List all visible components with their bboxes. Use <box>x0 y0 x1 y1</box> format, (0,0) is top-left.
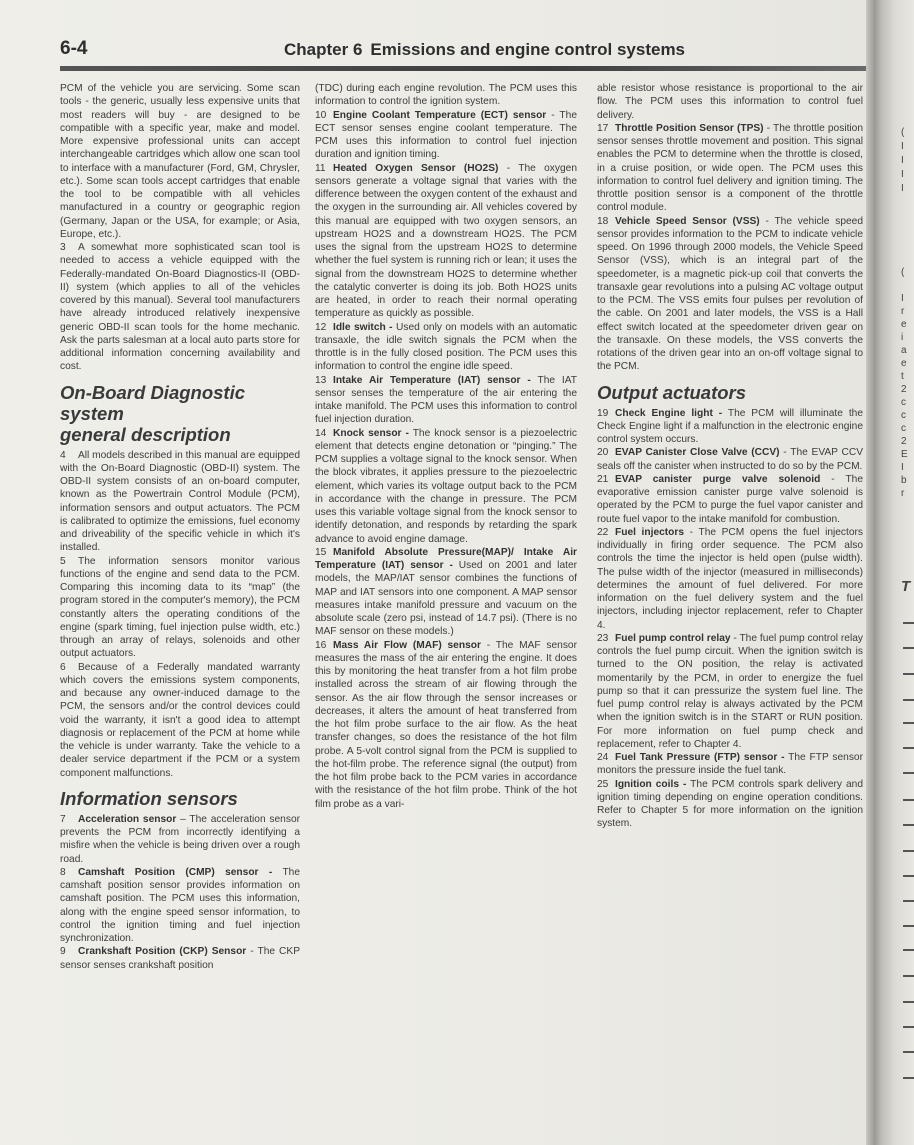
paragraph-16: 16Mass Air Flow (MAF) sensor - The MAF s… <box>315 639 577 811</box>
manual-page: 6-4 Chapter 6Emissions and engine contro… <box>0 0 872 1145</box>
facing-table-rule <box>903 622 914 624</box>
paragraph-14: 14Knock sensor - The knock sensor is a p… <box>315 427 577 546</box>
term-title: Ignition coils - <box>615 779 686 790</box>
paragraph-10: 10Engine Coolant Temperature (ECT) senso… <box>315 109 577 162</box>
facing-table-rule <box>903 1026 914 1028</box>
paragraph-number: 20 <box>597 446 615 459</box>
paragraph-number: 17 <box>597 122 615 135</box>
facing-text-fragment: 2 <box>901 435 907 448</box>
paragraph-number: 14 <box>315 427 333 440</box>
paragraph-number: 25 <box>597 778 615 791</box>
chapter-name: Emissions and engine control systems <box>370 40 685 59</box>
paragraph-number: 6 <box>60 661 78 674</box>
paragraph-number: 7 <box>60 813 78 826</box>
paragraph-3: 3A somewhat more sophisticated scan tool… <box>60 241 300 374</box>
paragraph-number: 11 <box>315 162 333 175</box>
paragraph-23: 23Fuel pump control relay - The fuel pum… <box>597 632 863 751</box>
facing-table-rule <box>903 1051 914 1053</box>
paragraph-number: 8 <box>60 866 78 879</box>
facing-table-rule <box>903 647 914 649</box>
facing-text-fragment: ( <box>901 126 904 139</box>
text-column-1: PCM of the vehicle you are servicing. So… <box>60 82 300 972</box>
paragraph-number: 3 <box>60 241 78 254</box>
section-heading-information-sensors: Information sensors <box>60 788 300 809</box>
facing-text-fragment: e <box>901 318 907 331</box>
facing-table-rule <box>903 772 914 774</box>
paragraph-20: 20EVAP Canister Close Valve (CCV) - The … <box>597 446 863 473</box>
facing-table-rule <box>903 850 914 852</box>
paragraph-number: 19 <box>597 407 615 420</box>
paragraph-21: 21EVAP canister purge valve solenoid - T… <box>597 473 863 526</box>
term-title: Mass Air Flow (MAF) sensor <box>333 640 481 651</box>
paragraph-19: 19Check Engine light - The PCM will illu… <box>597 407 863 447</box>
paragraph-24: 24Fuel Tank Pressure (FTP) sensor - The … <box>597 751 863 778</box>
section-heading-obd: On-Board Diagnostic systemgeneral descri… <box>60 382 300 445</box>
facing-text-fragment: i <box>901 331 903 344</box>
facing-text-fragment: r <box>901 305 904 318</box>
paragraph-number: 24 <box>597 751 615 764</box>
term-title: Engine Coolant Temperature (ECT) sensor <box>333 110 546 121</box>
facing-table-rule <box>903 1077 914 1079</box>
facing-table-rule <box>903 799 914 801</box>
paragraph-number: 23 <box>597 632 615 645</box>
paragraph-12: 12Idle switch - Used only on models with… <box>315 321 577 374</box>
chapter-label: Chapter 6 <box>284 40 362 59</box>
term-title: Check Engine light - <box>615 408 722 419</box>
paragraph-number: 15 <box>315 546 333 559</box>
paragraph: able resistor whose resistance is propor… <box>597 82 863 122</box>
facing-text-fragment: r <box>901 487 904 500</box>
paragraph-number: 21 <box>597 473 615 486</box>
paragraph-number: 4 <box>60 449 78 462</box>
chapter-title: Chapter 6Emissions and engine control sy… <box>284 40 685 60</box>
facing-table-rule <box>903 1001 914 1003</box>
facing-text-fragment: E <box>901 448 908 461</box>
facing-text-fragment: I <box>901 140 904 153</box>
paragraph-number: 18 <box>597 215 615 228</box>
facing-text-fragment: I <box>901 154 904 167</box>
facing-text-fragment: I <box>901 292 904 305</box>
paragraph-17: 17Throttle Position Sensor (TPS) - The t… <box>597 122 863 215</box>
facing-table-rule <box>903 699 914 701</box>
paragraph-number: 5 <box>60 555 78 568</box>
paragraph-18: 18Vehicle Speed Sensor (VSS) - The vehic… <box>597 215 863 374</box>
facing-table-rule <box>903 949 914 951</box>
paragraph-9: 9Crankshaft Position (CKP) Sensor - The … <box>60 945 300 972</box>
term-title: Camshaft Position (CMP) sensor - <box>78 867 272 878</box>
facing-table-rule <box>903 747 914 749</box>
page-header: 6-4 Chapter 6Emissions and engine contro… <box>60 38 872 60</box>
term-title: Heated Oxygen Sensor (HO2S) <box>333 163 498 174</box>
facing-text-fragment: c <box>901 396 906 409</box>
term-title: Fuel Tank Pressure (FTP) sensor - <box>615 752 785 763</box>
paragraph-25: 25Ignition coils - The PCM controls spar… <box>597 778 863 831</box>
paragraph-6: 6Because of a Federally mandated warrant… <box>60 661 300 780</box>
term-title: EVAP Canister Close Valve (CCV) <box>615 447 780 458</box>
text-column-3: able resistor whose resistance is propor… <box>597 82 863 831</box>
facing-text-fragment: I <box>901 182 904 195</box>
header-rule <box>60 66 872 71</box>
paragraph-8: 8Camshaft Position (CMP) sensor - The ca… <box>60 866 300 946</box>
paragraph-number: 12 <box>315 321 333 334</box>
facing-table-rule <box>903 900 914 902</box>
paragraph: PCM of the vehicle you are servicing. So… <box>60 82 300 241</box>
page-number: 6-4 <box>60 38 87 60</box>
facing-heading-fragment: T <box>901 580 910 593</box>
facing-table-rule <box>903 824 914 826</box>
term-title: Vehicle Speed Sensor (VSS) <box>615 216 760 227</box>
paragraph-13: 13Intake Air Temperature (IAT) sensor - … <box>315 374 577 427</box>
term-title: Crankshaft Position (CKP) Sensor <box>78 946 246 957</box>
section-heading-output-actuators: Output actuators <box>597 382 863 403</box>
facing-text-fragment: 2 <box>901 383 907 396</box>
facing-table-rule <box>903 673 914 675</box>
term-title: Throttle Position Sensor (TPS) <box>615 123 764 134</box>
facing-text-fragment: t <box>901 370 904 383</box>
facing-table-rule <box>903 975 914 977</box>
facing-text-fragment: a <box>901 344 907 357</box>
paragraph-number: 9 <box>60 945 78 958</box>
paragraph: (TDC) during each engine revolution. The… <box>315 82 577 109</box>
paragraph-number: 22 <box>597 526 615 539</box>
facing-table-rule <box>903 925 914 927</box>
term-title: Idle switch - <box>333 322 393 333</box>
term-title: Intake Air Temperature (IAT) sensor - <box>333 375 531 386</box>
term-title: Fuel pump control relay <box>615 633 731 644</box>
facing-text-fragment: b <box>901 474 907 487</box>
term-title: Knock sensor - <box>333 428 409 439</box>
facing-text-fragment: e <box>901 357 907 370</box>
term-title: EVAP canister purge valve solenoid <box>615 474 820 485</box>
paragraph-4: 4All models described in this manual are… <box>60 449 300 555</box>
paragraph-7: 7Acceleration sensor – The acceleration … <box>60 813 300 866</box>
facing-table-rule <box>903 722 914 724</box>
facing-text-fragment: ( <box>901 266 904 279</box>
paragraph-number: 16 <box>315 639 333 652</box>
facing-text-fragment: I <box>901 168 904 181</box>
term-title: Acceleration sensor <box>78 814 176 825</box>
paragraph-number: 13 <box>315 374 333 387</box>
paragraph-22: 22Fuel injectors - The PCM opens the fue… <box>597 526 863 632</box>
paragraph-11: 11Heated Oxygen Sensor (HO2S) - The oxyg… <box>315 162 577 321</box>
paragraph-number: 10 <box>315 109 333 122</box>
facing-table-rule <box>903 875 914 877</box>
term-title: Fuel injectors <box>615 527 684 538</box>
facing-text-fragment: c <box>901 409 906 422</box>
facing-text-fragment: I <box>901 461 904 474</box>
facing-page-edge: ( I I I I ( I r e i a e t 2 c c c 2 E I … <box>892 0 914 1145</box>
text-column-2: (TDC) during each engine revolution. The… <box>315 82 577 811</box>
facing-text-fragment: c <box>901 422 906 435</box>
paragraph-15: 15Manifold Absolute Pressure(MAP)/ Intak… <box>315 546 577 639</box>
paragraph-5: 5The information sensors monitor various… <box>60 555 300 661</box>
